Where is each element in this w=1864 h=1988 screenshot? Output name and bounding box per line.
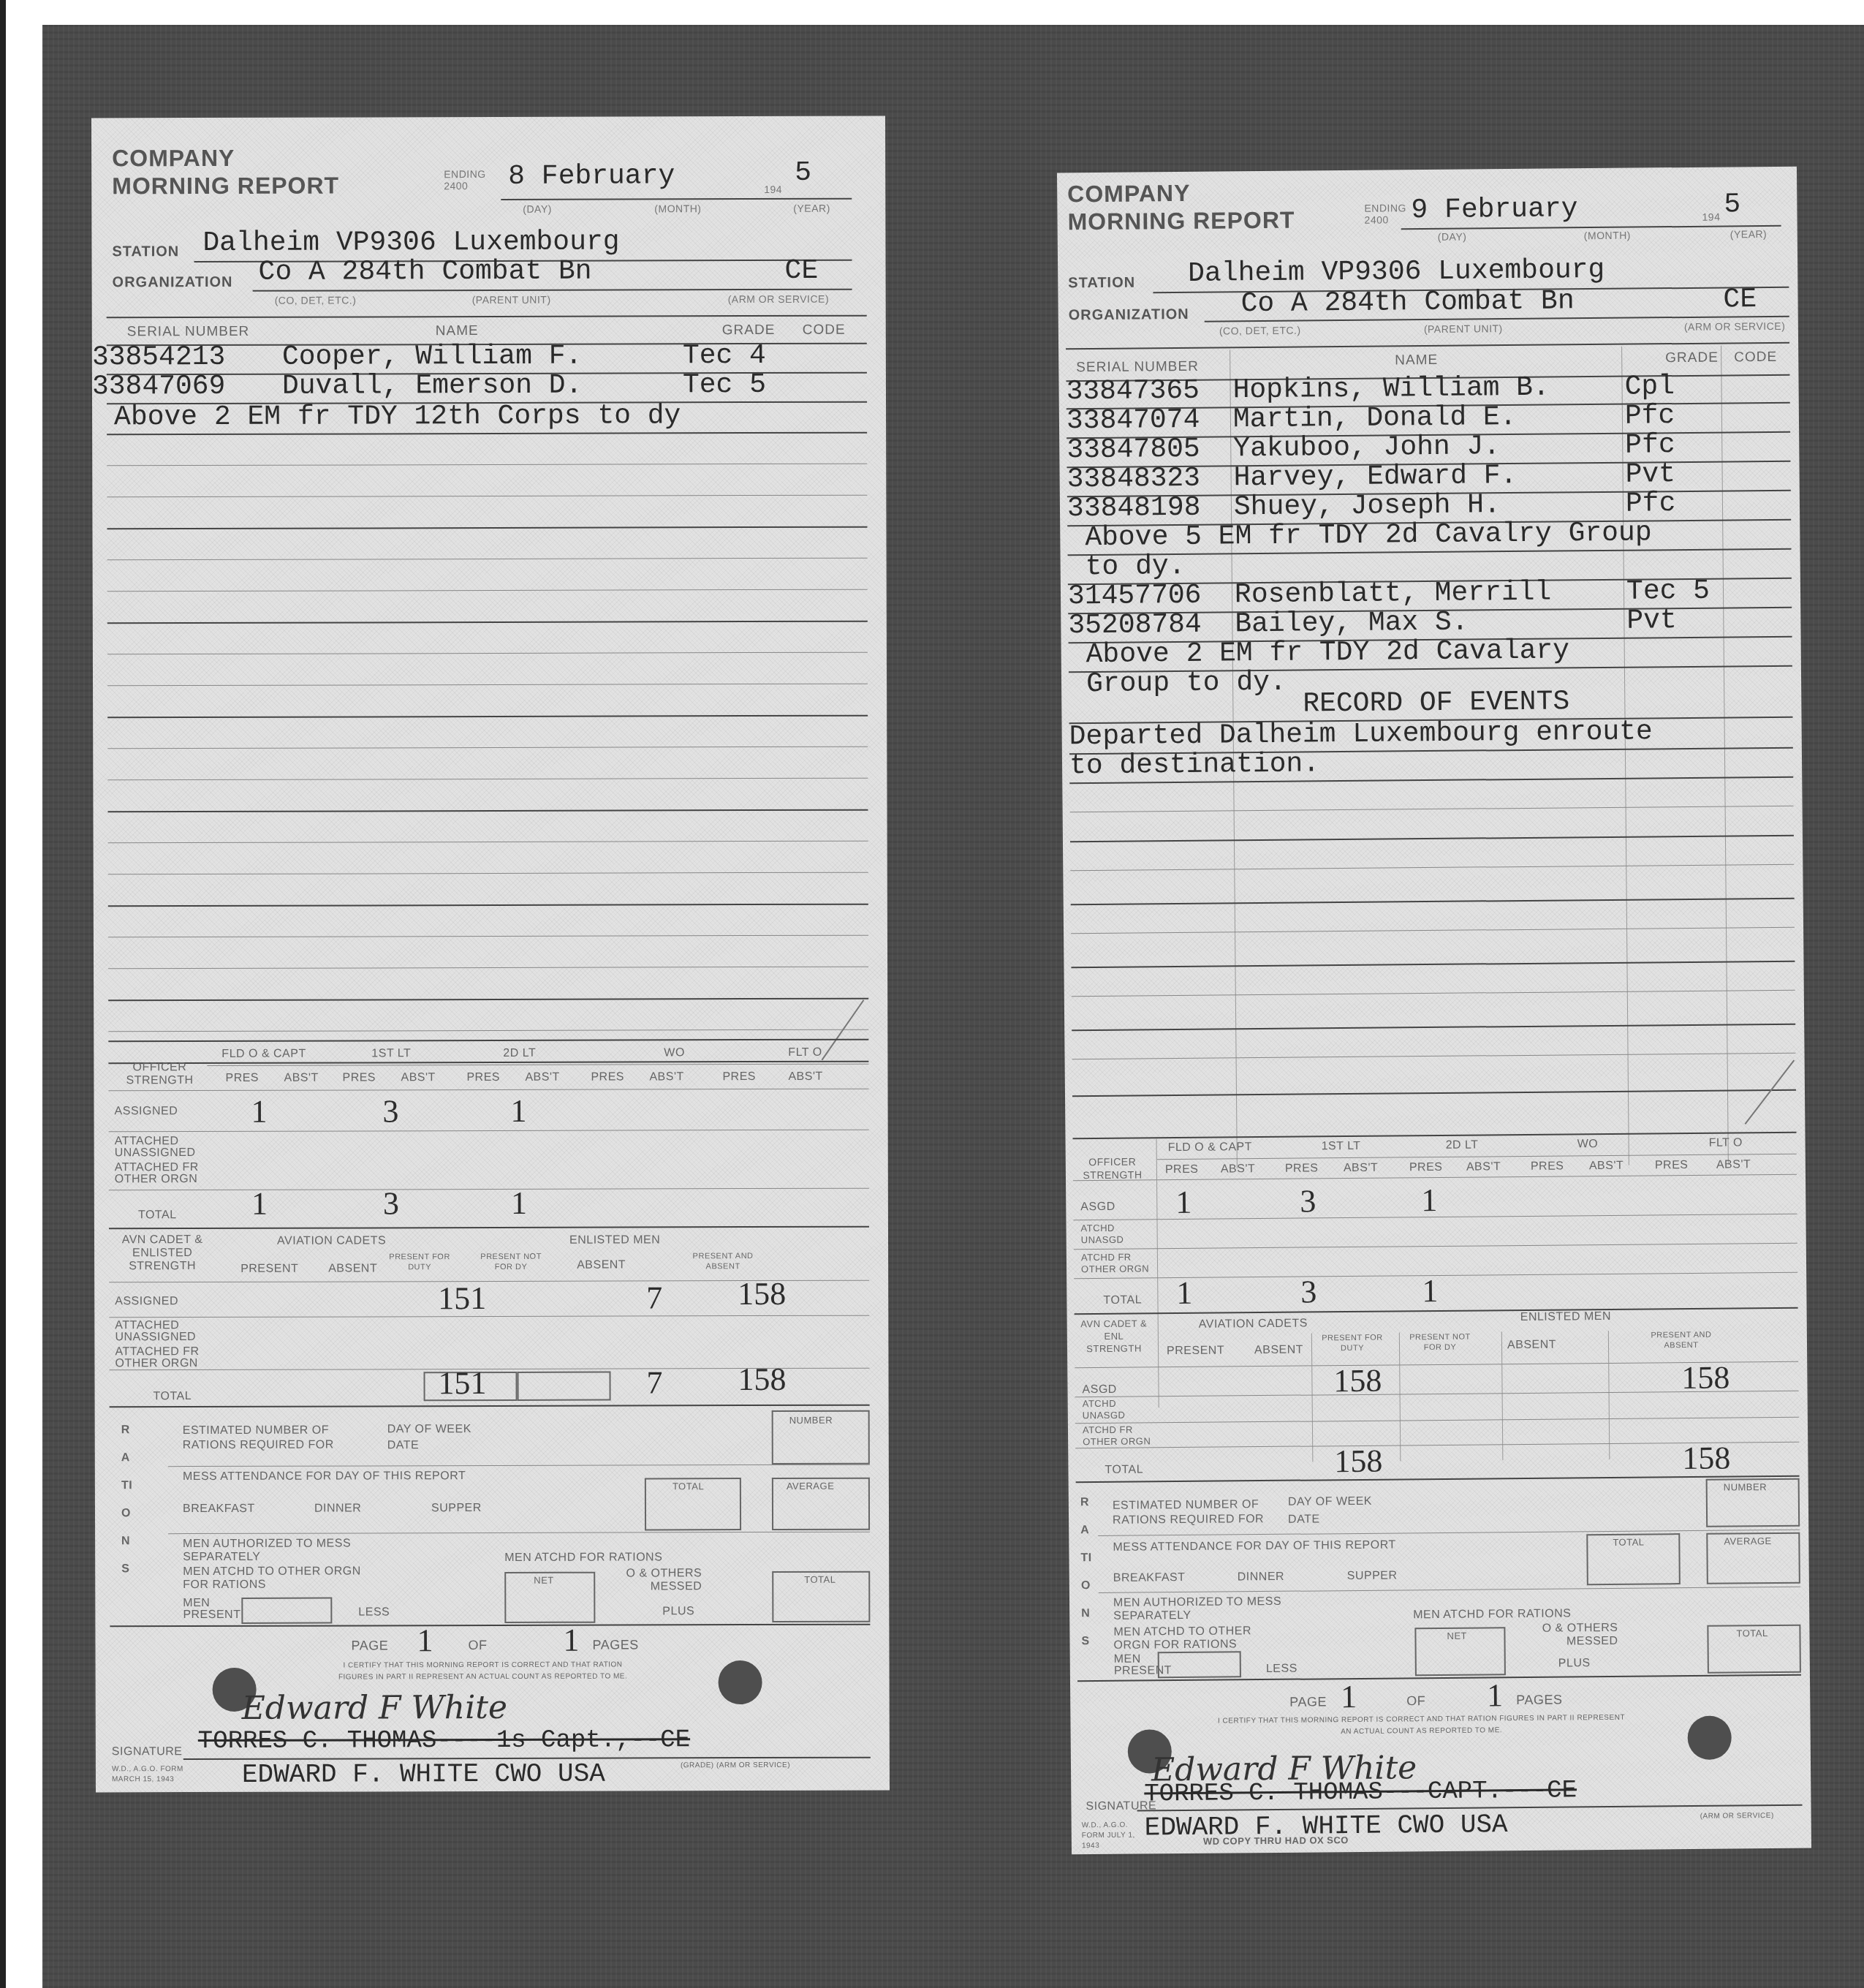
row-label-attached-unassigned: ATTACHED UNASSIGNED xyxy=(115,1135,202,1159)
net-label: NET xyxy=(1447,1630,1467,1641)
subcol-pres: PRES xyxy=(1285,1162,1319,1175)
morning-report-card-8-feb: COMPANY MORNING REPORT ENDING 2400 8 Feb… xyxy=(91,116,890,1793)
blank-rule xyxy=(107,495,867,498)
1st-lt-pres-asgd: 3 xyxy=(1300,1182,1316,1220)
subcol-present-and-absent: PRESENT AND ABSENT xyxy=(1637,1330,1725,1351)
row-rule xyxy=(1074,1243,1797,1250)
blank-rule xyxy=(107,747,868,749)
subcol-pres: PRES xyxy=(1409,1161,1443,1174)
subcol-absent: ABSENT xyxy=(1254,1344,1303,1358)
date-underline xyxy=(501,198,852,200)
group-fld-o-capt: FLD O & CAPT xyxy=(1168,1141,1253,1154)
entry-grade: Tec 5 xyxy=(1626,575,1710,608)
year-sublabel: (YEAR) xyxy=(793,203,830,214)
men-atchd-other-label: MEN ATCHD TO OTHER ORGN FOR RATIONS xyxy=(1113,1625,1289,1652)
total-label: TOTAL xyxy=(673,1481,704,1492)
blank-rule xyxy=(107,652,868,655)
month-sublabel: (MONTH) xyxy=(1584,230,1631,242)
blank-rule xyxy=(108,872,868,875)
station-label: STATION xyxy=(112,243,179,260)
row-label-assigned: ASSIGNED xyxy=(115,1295,178,1308)
dinner-label: DINNER xyxy=(1238,1571,1284,1584)
row-label-total: TOTAL xyxy=(138,1209,177,1222)
fld-capt-pres-asgd: 1 xyxy=(1175,1184,1191,1221)
blank-rule xyxy=(1071,927,1795,934)
grade-sublabel: (GRADE) (ARM OR SERVICE) xyxy=(681,1761,790,1769)
struck-signer-name: TORRES C. THOMAS----1s Capt.,--CE xyxy=(198,1726,690,1755)
entry-grade: Pvt xyxy=(1626,605,1677,637)
fld-capt-pres-total: 1 xyxy=(1176,1274,1192,1312)
entry-serial: 33847805 xyxy=(1067,434,1200,466)
year-prefix: 194 xyxy=(764,184,782,195)
report-day-month: 9 February xyxy=(1411,193,1577,226)
row-rule xyxy=(109,1130,869,1133)
officer-strength-title: OFFICER STRENGTH xyxy=(115,1061,203,1087)
col-code: CODE xyxy=(803,322,846,339)
date-label: DATE xyxy=(1288,1513,1320,1526)
station-value: Dalheim VP9306 Luxembourg xyxy=(1188,254,1605,290)
absent-total: 7 xyxy=(646,1364,662,1401)
morning-report-card-9-feb: COMPANY MORNING REPORT ENDING 2400 9 Feb… xyxy=(1057,167,1811,1855)
subcol-abst: ABS'T xyxy=(649,1070,683,1084)
2d-lt-pres-total: 1 xyxy=(511,1184,527,1222)
breakfast-label: BREAKFAST xyxy=(1113,1571,1186,1585)
men-present-label: MEN PRESENT xyxy=(183,1598,241,1621)
page-number: 1 xyxy=(417,1622,433,1659)
group-wo: WO xyxy=(664,1046,685,1059)
rations-ii-label: MESS ATTENDANCE FOR DAY OF THIS REPORT xyxy=(1113,1538,1396,1554)
blank-rule xyxy=(1071,898,1795,906)
men-atchd-for-rations-label: MEN ATCHD FOR RATIONS xyxy=(504,1551,662,1565)
subcol-present-and-absent: PRESENT AND ABSENT xyxy=(679,1251,767,1271)
rations-i-label: ESTIMATED NUMBER OF RATIONS REQUIRED FOR xyxy=(183,1423,373,1453)
total2-label: TOTAL xyxy=(804,1574,836,1585)
entry-name: Cooper, William F. xyxy=(282,341,583,373)
present-and-absent-total: 158 xyxy=(1682,1439,1730,1477)
signature-label: SIGNATURE xyxy=(112,1745,183,1758)
remark-line: Above 2 EM fr TDY 12th Corps to dy xyxy=(114,400,681,433)
2d-lt-pres-total: 1 xyxy=(1422,1272,1438,1309)
arm-service-sublabel: (ARM OR SERVICE) xyxy=(1700,1812,1774,1821)
subcol-abst: ABS'T xyxy=(284,1072,318,1085)
row-label-atchd-unasgd: ATCHD UNASGD xyxy=(1083,1397,1156,1421)
subcol-absent: ABSENT xyxy=(328,1262,377,1275)
year-digit: 5 xyxy=(1724,189,1740,220)
subcol-enlisted-absent: ABSENT xyxy=(577,1259,626,1272)
punch-hole-right xyxy=(1687,1715,1732,1760)
group-2d-lt: 2D LT xyxy=(1446,1138,1479,1152)
men-present-box xyxy=(241,1598,332,1624)
subcol-enlisted-absent: ABSENT xyxy=(1507,1339,1556,1353)
section-rule xyxy=(109,1226,869,1230)
officer-strength-title: OFFICER STRENGTH xyxy=(1076,1154,1149,1182)
others-messed-label: O & OTHERS MESSED xyxy=(607,1567,702,1593)
blank-rule xyxy=(1070,864,1794,872)
average-label: AVERAGE xyxy=(1724,1535,1772,1547)
supper-label: SUPPER xyxy=(431,1502,482,1515)
subcol-pres: PRES xyxy=(342,1071,376,1084)
row-rule xyxy=(109,1188,869,1191)
blank-rule xyxy=(107,778,868,781)
organization-underline xyxy=(253,289,852,292)
col-name: NAME xyxy=(1395,352,1438,369)
report-day-month: 8 February xyxy=(508,160,675,192)
remark-line: Group to dy. xyxy=(1086,667,1287,700)
group-flt-o: FLT O xyxy=(788,1046,822,1059)
row-label-total: TOTAL xyxy=(1105,1463,1143,1476)
present-for-duty-assigned: 151 xyxy=(438,1280,486,1317)
enlisted-divider xyxy=(1608,1331,1610,1459)
entry-name: Rosenblatt, Merrill xyxy=(1235,577,1552,611)
org-sublabel-co: (CO, DET, ETC.) xyxy=(275,294,357,306)
row-rule xyxy=(1075,1417,1799,1424)
col-grade: GRADE xyxy=(722,322,776,339)
enlisted-strength-title: AVN CADET & ENL STRENGTH xyxy=(1077,1317,1151,1355)
breakfast-label: BREAKFAST xyxy=(183,1503,255,1516)
blank-rule xyxy=(107,464,867,466)
present-and-absent-assigned: 158 xyxy=(738,1275,786,1312)
pages-label: PAGES xyxy=(592,1637,638,1652)
group-1st-lt: 1ST LT xyxy=(371,1047,411,1060)
station-label: STATION xyxy=(1068,275,1135,292)
enlisted-divider xyxy=(1501,1331,1504,1460)
blank-rule xyxy=(107,684,868,687)
blank-rule xyxy=(108,967,868,970)
officer-strength-top-rule xyxy=(108,1039,868,1043)
pages-label: PAGES xyxy=(1516,1693,1562,1709)
day-of-week-label: DAY OF WEEK xyxy=(387,1423,471,1436)
org-sublabel-arm: (ARM OR SERVICE) xyxy=(1684,320,1786,333)
copy-note: WD COPY THRU HAD OX SCO xyxy=(1203,1834,1349,1847)
blank-rule xyxy=(1070,806,1794,813)
certify-statement: I CERTIFY THAT THIS MORNING REPORT IS CO… xyxy=(330,1659,637,1683)
entry-grade: Pfc xyxy=(1626,488,1676,520)
page-total: 1 xyxy=(563,1622,579,1659)
remark-line: Above 2 EM fr TDY 2d Cavalary xyxy=(1086,635,1570,670)
day-of-week-label: DAY OF WEEK xyxy=(1288,1495,1372,1509)
record-of-events-line: to destination. xyxy=(1069,748,1319,782)
col-name: NAME xyxy=(436,323,479,339)
entry-serial: 33847074 xyxy=(1067,404,1200,437)
blank-rule xyxy=(107,526,867,530)
page-total: 1 xyxy=(1487,1677,1503,1714)
number-label: NUMBER xyxy=(1724,1481,1767,1493)
group-wo: WO xyxy=(1577,1138,1599,1151)
subcol-abst: ABS'T xyxy=(1589,1160,1624,1173)
absent-assigned: 7 xyxy=(646,1279,662,1316)
men-authorized-label: MEN AUTHORIZED TO MESS SEPARATELY xyxy=(1113,1595,1289,1623)
present-and-absent-total: 158 xyxy=(738,1361,786,1398)
blank-rule xyxy=(107,621,868,624)
entry-serial: 31457706 xyxy=(1068,580,1202,613)
total-label: TOTAL xyxy=(1613,1537,1644,1548)
remark-line: to dy. xyxy=(1086,551,1186,583)
rations-rule xyxy=(1099,1587,1800,1593)
entry-serial: 33847365 xyxy=(1066,375,1200,408)
entry-serial: 35208784 xyxy=(1068,609,1202,642)
arm-service-value: CE xyxy=(784,255,818,287)
entry-grade: Tec 4 xyxy=(683,340,766,371)
blank-rule xyxy=(108,1029,868,1032)
blank-rule xyxy=(1073,1132,1797,1140)
net-label: NET xyxy=(534,1575,554,1586)
organization-value: Co A 284th Combat Bn xyxy=(259,256,592,288)
blank-rule xyxy=(108,935,868,938)
page-label: PAGE xyxy=(1289,1694,1327,1709)
col-code: CODE xyxy=(1734,349,1777,366)
struck-signer-name: TORRES C. THOMAS---CAPT.---CE xyxy=(1144,1777,1577,1808)
col-serial-number: SERIAL NUMBER xyxy=(127,324,250,340)
col-grade: GRADE xyxy=(1665,350,1719,367)
number-label: NUMBER xyxy=(789,1415,833,1426)
entry-grade: Tec 5 xyxy=(683,369,766,401)
org-sublabel-co: (CO, DET, ETC.) xyxy=(1219,325,1301,337)
entry-name: Martin, Donald E. xyxy=(1233,401,1517,435)
men-present-box xyxy=(1158,1651,1241,1678)
blank-rule xyxy=(1072,1089,1796,1097)
row-label-total: TOTAL xyxy=(154,1390,192,1403)
handwritten-signature: Edward F White xyxy=(242,1689,507,1727)
subcol-present-not-for-dy: PRESENT NOT FOR DY xyxy=(474,1252,548,1272)
enlisted-divider xyxy=(1399,1332,1401,1461)
blank-rule xyxy=(1072,990,1795,997)
remark-line: Above 5 EM fr TDY 2d Cavalry Group xyxy=(1085,517,1652,553)
form-footer: W.D., A.G.O. FORM MARCH 15, 1943 xyxy=(112,1764,192,1785)
of-label: OF xyxy=(1406,1693,1425,1709)
entry-serial: 33847069 xyxy=(92,371,226,402)
rations-rule xyxy=(168,1464,870,1467)
less-label: LESS xyxy=(1266,1663,1297,1676)
subcol-pres: PRES xyxy=(1531,1160,1564,1173)
2d-lt-pres-asgd: 1 xyxy=(1421,1182,1437,1219)
entry-grade: Pfc xyxy=(1625,429,1675,461)
rations-ii-label: MESS ATTENDANCE FOR DAY OF THIS REPORT xyxy=(183,1470,466,1484)
rations-rule xyxy=(168,1532,870,1535)
dinner-label: DINNER xyxy=(314,1502,361,1515)
group-2d-lt: 2D LT xyxy=(503,1047,536,1060)
row-label-assigned: ASSIGNED xyxy=(115,1105,178,1118)
col-serial-number: SERIAL NUMBER xyxy=(1076,359,1199,376)
men-atchd-other-label: MEN ATCHD TO OTHER ORGN FOR RATIONS xyxy=(183,1565,373,1592)
row-label-atchd-other: ATCHD FR OTHER ORGN xyxy=(1081,1251,1154,1275)
subcol-pres: PRES xyxy=(591,1071,624,1084)
others-messed-label: O & OTHERS MESSED xyxy=(1523,1622,1618,1649)
rations-i-label: ESTIMATED NUMBER OF RATIONS REQUIRED FOR xyxy=(1113,1497,1281,1528)
blank-rule xyxy=(107,715,868,719)
section-rule xyxy=(110,1405,870,1408)
section-rule xyxy=(1076,1475,1800,1484)
enlisted-divider xyxy=(1311,1333,1314,1462)
men-authorized-label: MEN AUTHORIZED TO MESS SEPARATELY xyxy=(183,1537,373,1564)
ending-label: ENDING 2400 xyxy=(1364,202,1408,226)
subcol-pres: PRES xyxy=(722,1070,756,1084)
rations-side-label: RATIONS xyxy=(1080,1489,1094,1655)
header-rule xyxy=(1066,342,1789,350)
subcol-present: PRESENT xyxy=(1167,1345,1224,1358)
subcol-abst: ABS'T xyxy=(1466,1160,1501,1173)
blank-rule xyxy=(1071,961,1795,969)
rations-side-label: RATIONS xyxy=(121,1416,134,1583)
blank-rule xyxy=(107,558,868,561)
blank-rule xyxy=(1072,1053,1796,1060)
rations-rule xyxy=(1098,1530,1800,1536)
record-of-events-title: RECORD OF EVENTS xyxy=(1303,686,1569,719)
present-for-duty-total: 158 xyxy=(1334,1443,1382,1481)
entry-name: Shuey, Joseph H. xyxy=(1234,489,1501,523)
subcol-present-for-duty: PRESENT FOR DUTY xyxy=(383,1252,456,1272)
year-sublabel: (YEAR) xyxy=(1730,228,1768,240)
form-title-company: COMPANY xyxy=(1067,179,1191,208)
of-label: OF xyxy=(468,1638,487,1653)
blank-rule xyxy=(108,998,868,1002)
blank-rule xyxy=(107,809,868,813)
fld-capt-pres-total: 1 xyxy=(251,1185,268,1222)
subcol-present: PRESENT xyxy=(240,1263,298,1276)
subcol-abst: ABS'T xyxy=(1221,1163,1255,1176)
row-label-asgd: ASGD xyxy=(1082,1383,1116,1396)
entry-name: Duvall, Emerson D. xyxy=(282,370,583,402)
group-enlisted-men: ENLISTED MEN xyxy=(1520,1310,1611,1324)
section-rule xyxy=(110,1624,870,1628)
1st-lt-pres-assigned: 3 xyxy=(382,1092,398,1130)
row-label-total: TOTAL xyxy=(1103,1294,1142,1307)
row-label-asgd: ASGD xyxy=(1080,1201,1115,1214)
present-not-for-dy-total-box xyxy=(517,1372,610,1401)
plus-label: PLUS xyxy=(1558,1657,1591,1670)
page-label: PAGE xyxy=(351,1638,388,1653)
blank-rule xyxy=(108,841,868,844)
entry-grade: Pfc xyxy=(1625,400,1675,432)
entry-serial: 33854213 xyxy=(92,341,226,373)
blank-rule xyxy=(108,904,868,907)
row-rule xyxy=(109,1315,869,1318)
scan-left-border xyxy=(0,0,6,1988)
subcol-rule xyxy=(108,1089,868,1092)
average-label: AVERAGE xyxy=(787,1481,834,1492)
arm-service-value: CE xyxy=(1723,284,1757,315)
subcol-abst: ABS'T xyxy=(788,1070,822,1084)
group-1st-lt: 1ST LT xyxy=(1322,1140,1361,1153)
form-title-morning-report: MORNING REPORT xyxy=(1067,206,1295,236)
row-label-atchd-other: ATCHD FR OTHER ORGN xyxy=(1083,1424,1156,1448)
subcol-pres: PRES xyxy=(466,1071,500,1084)
org-sublabel-parent: (PARENT UNIT) xyxy=(1424,322,1503,335)
group-enlisted-men: ENLISTED MEN xyxy=(569,1233,660,1247)
present-for-duty-total: 151 xyxy=(438,1364,486,1402)
subcol-pres: PRES xyxy=(1165,1163,1199,1176)
subcol-present-for-duty: PRESENT FOR DUTY xyxy=(1316,1333,1389,1354)
1st-lt-pres-total: 3 xyxy=(383,1184,399,1222)
blank-rule xyxy=(1070,835,1794,843)
form-title-morning-report: MORNING REPORT xyxy=(112,172,339,200)
blank-rule xyxy=(1072,1024,1795,1032)
year-prefix: 194 xyxy=(1702,211,1720,223)
entry-serial: 33848198 xyxy=(1067,492,1201,525)
group-flt-o: FLT O xyxy=(1709,1136,1743,1149)
day-sublabel: (DAY) xyxy=(1438,231,1467,243)
ending-label: ENDING 2400 xyxy=(444,168,495,192)
group-fld-o-capt: FLD O & CAPT xyxy=(221,1048,306,1061)
enlisted-strength-title: AVN CADET & ENLISTED STRENGTH xyxy=(115,1233,210,1273)
date-label: DATE xyxy=(387,1439,420,1452)
subcol-abst: ABS'T xyxy=(401,1071,435,1084)
1st-lt-pres-total: 3 xyxy=(1300,1273,1316,1310)
entry-grade: Pvt xyxy=(1625,458,1675,491)
organization-label: ORGANIZATION xyxy=(113,274,233,291)
group-aviation-cadets: AVIATION CADETS xyxy=(277,1234,386,1247)
less-label: LESS xyxy=(358,1606,390,1619)
signer-name: EDWARD F. WHITE CWO USA xyxy=(242,1759,605,1790)
org-sublabel-parent: (PARENT UNIT) xyxy=(472,294,551,306)
subcol-abst: ABS'T xyxy=(1716,1158,1751,1171)
entry-name: Yakuboo, John J. xyxy=(1233,431,1500,464)
org-sublabel-arm: (ARM OR SERVICE) xyxy=(728,293,829,305)
subcol-pres: PRES xyxy=(1655,1159,1689,1172)
row-label-atchd-unasgd: ATCHD UNASGD xyxy=(1081,1222,1154,1246)
group-rule xyxy=(1157,1154,1797,1160)
subcol-pres: PRES xyxy=(225,1072,259,1085)
supper-label: SUPPER xyxy=(1347,1569,1398,1583)
subcol-abst: ABS'T xyxy=(1344,1162,1378,1175)
organization-label: ORGANIZATION xyxy=(1069,306,1189,324)
day-sublabel: (DAY) xyxy=(523,203,552,215)
station-value: Dalheim VP9306 Luxembourg xyxy=(202,227,619,259)
page-number: 1 xyxy=(1341,1678,1357,1715)
entry-name: Bailey, Max S. xyxy=(1235,607,1469,640)
subcol-present-not-for-dy: PRESENT NOT FOR DY xyxy=(1403,1332,1477,1353)
entry-grade: Cpl xyxy=(1624,371,1675,403)
total2-label: TOTAL xyxy=(1736,1628,1768,1639)
grade-column-divider xyxy=(1721,346,1729,1165)
row-label-attached-unassigned: ATTACHED UNASSIGNED xyxy=(115,1320,202,1343)
organization-value: Co A 284th Combat Bn xyxy=(1240,285,1574,320)
month-sublabel: (MONTH) xyxy=(654,203,701,214)
year-digit: 5 xyxy=(795,157,811,189)
record-of-events-line: Departed Dalheim Luxembourg enroute xyxy=(1069,716,1653,752)
men-atchd-for-rations-label: MEN ATCHD FOR RATIONS xyxy=(1413,1607,1571,1622)
form-footer: W.D., A.G.O. FORM JULY 1, 1943 xyxy=(1082,1820,1148,1851)
entry-name: Harvey, Edward F. xyxy=(1233,460,1517,494)
group-aviation-cadets: AVIATION CADETS xyxy=(1199,1318,1308,1331)
form-title-company: COMPANY xyxy=(112,144,235,172)
punch-hole-right xyxy=(719,1660,762,1704)
2d-lt-pres-assigned: 1 xyxy=(510,1092,526,1130)
certify-statement: I CERTIFY THAT THIS MORNING REPORT IS CO… xyxy=(1216,1712,1626,1739)
header-rule xyxy=(107,315,867,319)
fld-capt-pres-assigned: 1 xyxy=(251,1093,267,1130)
blank-rule xyxy=(107,589,868,592)
strike-diagonal xyxy=(1745,1059,1795,1124)
subcol-abst: ABS'T xyxy=(525,1071,559,1084)
entry-serial: 33848323 xyxy=(1067,463,1200,496)
row-label-attached-other: ATTACHED FR OTHER ORGN xyxy=(115,1346,202,1369)
group-rule xyxy=(207,1064,868,1066)
row-label-attached-other: ATTACHED FR OTHER ORGN xyxy=(115,1162,202,1185)
plus-label: PLUS xyxy=(662,1605,694,1618)
